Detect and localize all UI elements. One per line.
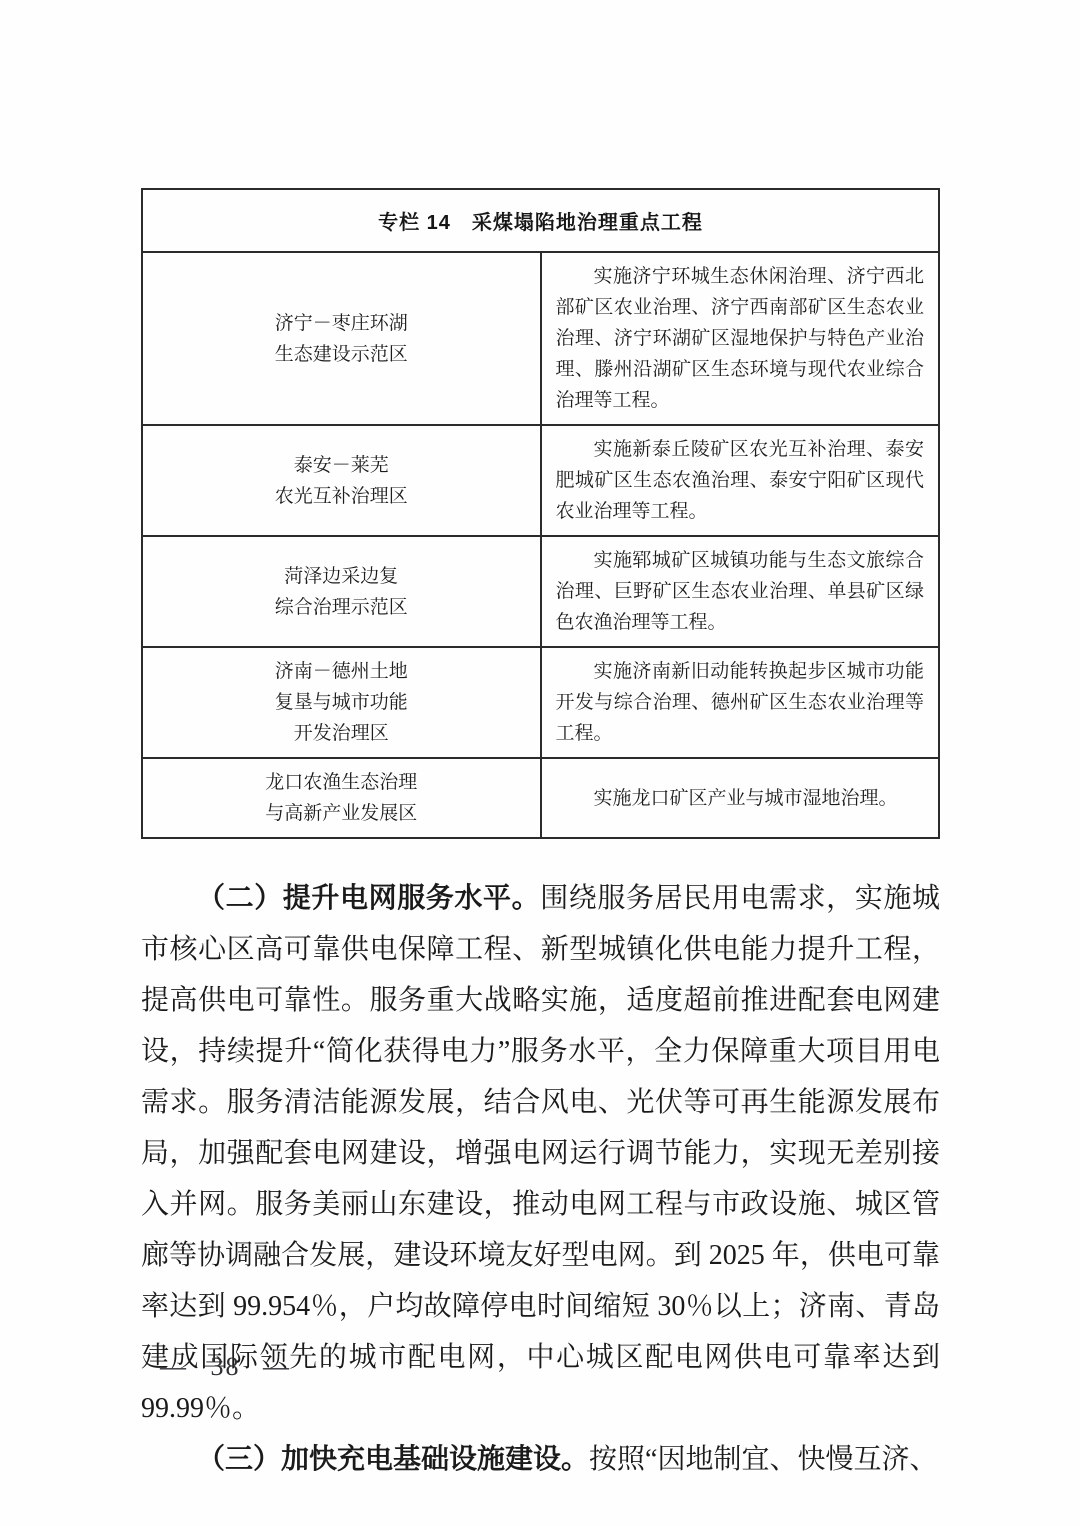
- table-row: 龙口农渔生态治理 与高新产业发展区 实施龙口矿区产业与城市湿地治理。: [142, 758, 939, 838]
- paragraph-text: 围绕服务居民用电需求，实施城市核心区高可靠供电保障工程、新型城镇化供电能力提升工…: [141, 883, 940, 1424]
- paragraph-charging-infra: （三）加快充电基础设施建设。按照“因地制宜、快慢互济、: [141, 1434, 963, 1485]
- table-title: 专栏 14 采煤塌陷地治理重点工程: [142, 189, 939, 252]
- document-page: 专栏 14 采煤塌陷地治理重点工程 济宁－枣庄环湖 生态建设示范区 实施济宁环城…: [0, 0, 1080, 1526]
- paragraph-text: 按照“因地制宜、快慢互济、: [589, 1444, 937, 1475]
- page-content-column: 专栏 14 采煤塌陷地治理重点工程 济宁－枣庄环湖 生态建设示范区 实施济宁环城…: [141, 188, 940, 1485]
- zone-projects: 实施郓城矿区城镇功能与生态文旅综合治理、巨野矿区生态农业治理、单县矿区绿色农渔治…: [541, 536, 940, 647]
- zone-projects: 实施济宁环城生态休闲治理、济宁西北部矿区农业治理、济宁西南部矿区生态农业治理、济…: [541, 252, 940, 425]
- zone-name: 济南－德州土地 复垦与城市功能 开发治理区: [142, 647, 541, 758]
- zone-name: 龙口农渔生态治理 与高新产业发展区: [142, 758, 541, 838]
- body-text: （二）提升电网服务水平。围绕服务居民用电需求，实施城市核心区高可靠供电保障工程、…: [141, 873, 940, 1485]
- zone-name: 济宁－枣庄环湖 生态建设示范区: [142, 252, 541, 425]
- table-row: 济南－德州土地 复垦与城市功能 开发治理区 实施济南新旧动能转换起步区城市功能开…: [142, 647, 939, 758]
- paragraph-grid-service: （二）提升电网服务水平。围绕服务居民用电需求，实施城市核心区高可靠供电保障工程、…: [141, 873, 940, 1434]
- paragraph-heading: （三）加快充电基础设施建设。: [197, 1444, 589, 1475]
- table-row: 泰安－莱芜 农光互补治理区 实施新泰丘陵矿区农光互补治理、泰安肥城矿区生态农渔治…: [142, 425, 939, 536]
- key-projects-table: 专栏 14 采煤塌陷地治理重点工程 济宁－枣庄环湖 生态建设示范区 实施济宁环城…: [141, 188, 940, 839]
- paragraph-heading: （二）提升电网服务水平。: [197, 883, 540, 914]
- zone-projects: 实施龙口矿区产业与城市湿地治理。: [541, 758, 940, 838]
- zone-name: 菏泽边采边复 综合治理示范区: [142, 536, 541, 647]
- table-title-row: 专栏 14 采煤塌陷地治理重点工程: [142, 189, 939, 252]
- table-row: 济宁－枣庄环湖 生态建设示范区 实施济宁环城生态休闲治理、济宁西北部矿区农业治理…: [142, 252, 939, 425]
- page-number: — 38 —: [160, 1352, 291, 1382]
- zone-projects: 实施济南新旧动能转换起步区城市功能开发与综合治理、德州矿区生态农业治理等工程。: [541, 647, 940, 758]
- table-row: 菏泽边采边复 综合治理示范区 实施郓城矿区城镇功能与生态文旅综合治理、巨野矿区生…: [142, 536, 939, 647]
- zone-projects: 实施新泰丘陵矿区农光互补治理、泰安肥城矿区生态农渔治理、泰安宁阳矿区现代农业治理…: [541, 425, 940, 536]
- zone-name: 泰安－莱芜 农光互补治理区: [142, 425, 541, 536]
